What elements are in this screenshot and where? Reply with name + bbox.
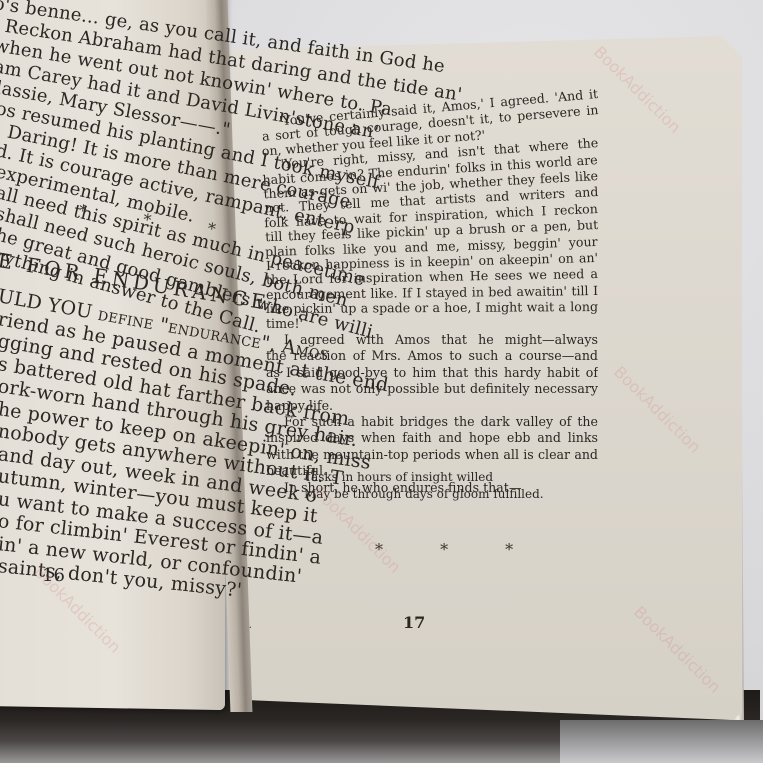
- section-ornament-right: * * *: [375, 540, 539, 559]
- text-line: I agreed with Amos that he might—always …: [284, 332, 598, 349]
- page-number-right: 17: [403, 613, 425, 632]
- book-photo: 'You've certainly said it, Amos,' I agre…: [0, 0, 763, 763]
- table-surface: [560, 720, 763, 763]
